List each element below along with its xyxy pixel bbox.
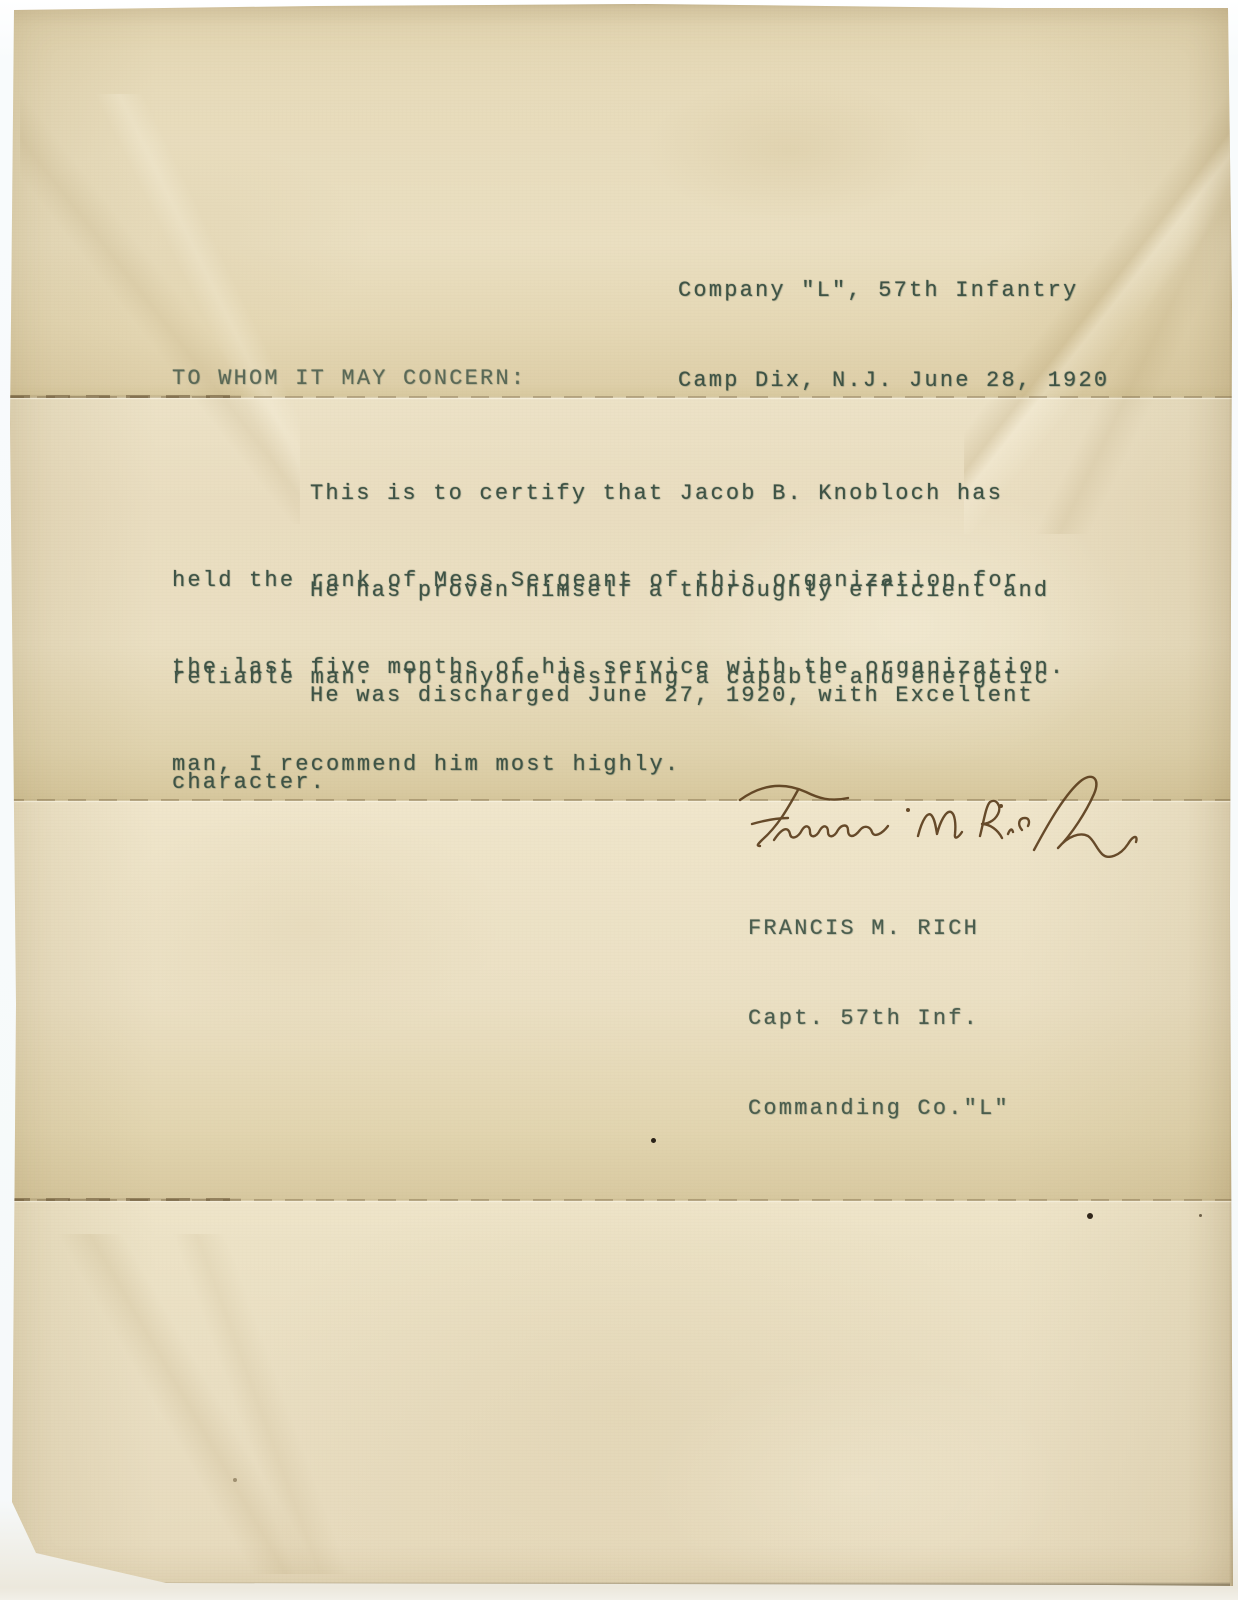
signature-h-tail [1034, 777, 1137, 857]
signature-r [980, 801, 1002, 838]
paragraph-line: He has proven himself a thoroughly effic… [172, 576, 1050, 605]
signature-c [1019, 818, 1029, 830]
signature-typed-rank: Capt. 57th Inf. [748, 1004, 1010, 1034]
paragraph-line: He was discharged June 27, 1920, with Ex… [172, 681, 1034, 710]
signature-i [1008, 830, 1013, 834]
ink-speck [1199, 1214, 1202, 1217]
paragraph-line: This is to certify that Jacob B. Knobloc… [172, 479, 1065, 508]
signature-f-cross [752, 818, 788, 824]
signature-i-dot [999, 804, 1003, 808]
signature-m [918, 812, 962, 838]
scanned-letter-photo: Company "L", 57th Infantry Camp Dix, N.J… [0, 0, 1238, 1600]
signature-typed-name: FRANCIS M. RICH [748, 914, 1010, 944]
signature-rancis [774, 826, 888, 841]
ink-speck [233, 1478, 237, 1482]
ink-speck [651, 1138, 656, 1143]
letterhead-line-2: Camp Dix, N.J. June 28, 1920 [678, 366, 1109, 396]
signature-typed-command: Commanding Co."L" [748, 1094, 1010, 1124]
signature-i-dot [906, 808, 910, 812]
salutation-line: TO WHOM IT MAY CONCERN: [172, 364, 526, 393]
signature-block: FRANCIS M. RICH Capt. 57th Inf. Commandi… [748, 854, 1010, 1184]
handwritten-signature [722, 772, 1152, 867]
letterhead-line-1: Company "L", 57th Infantry [678, 276, 1109, 306]
letter-content: Company "L", 57th Infantry Camp Dix, N.J… [0, 0, 1238, 1600]
letterhead-block: Company "L", 57th Infantry Camp Dix, N.J… [678, 216, 1109, 456]
ink-speck [1087, 1213, 1093, 1219]
